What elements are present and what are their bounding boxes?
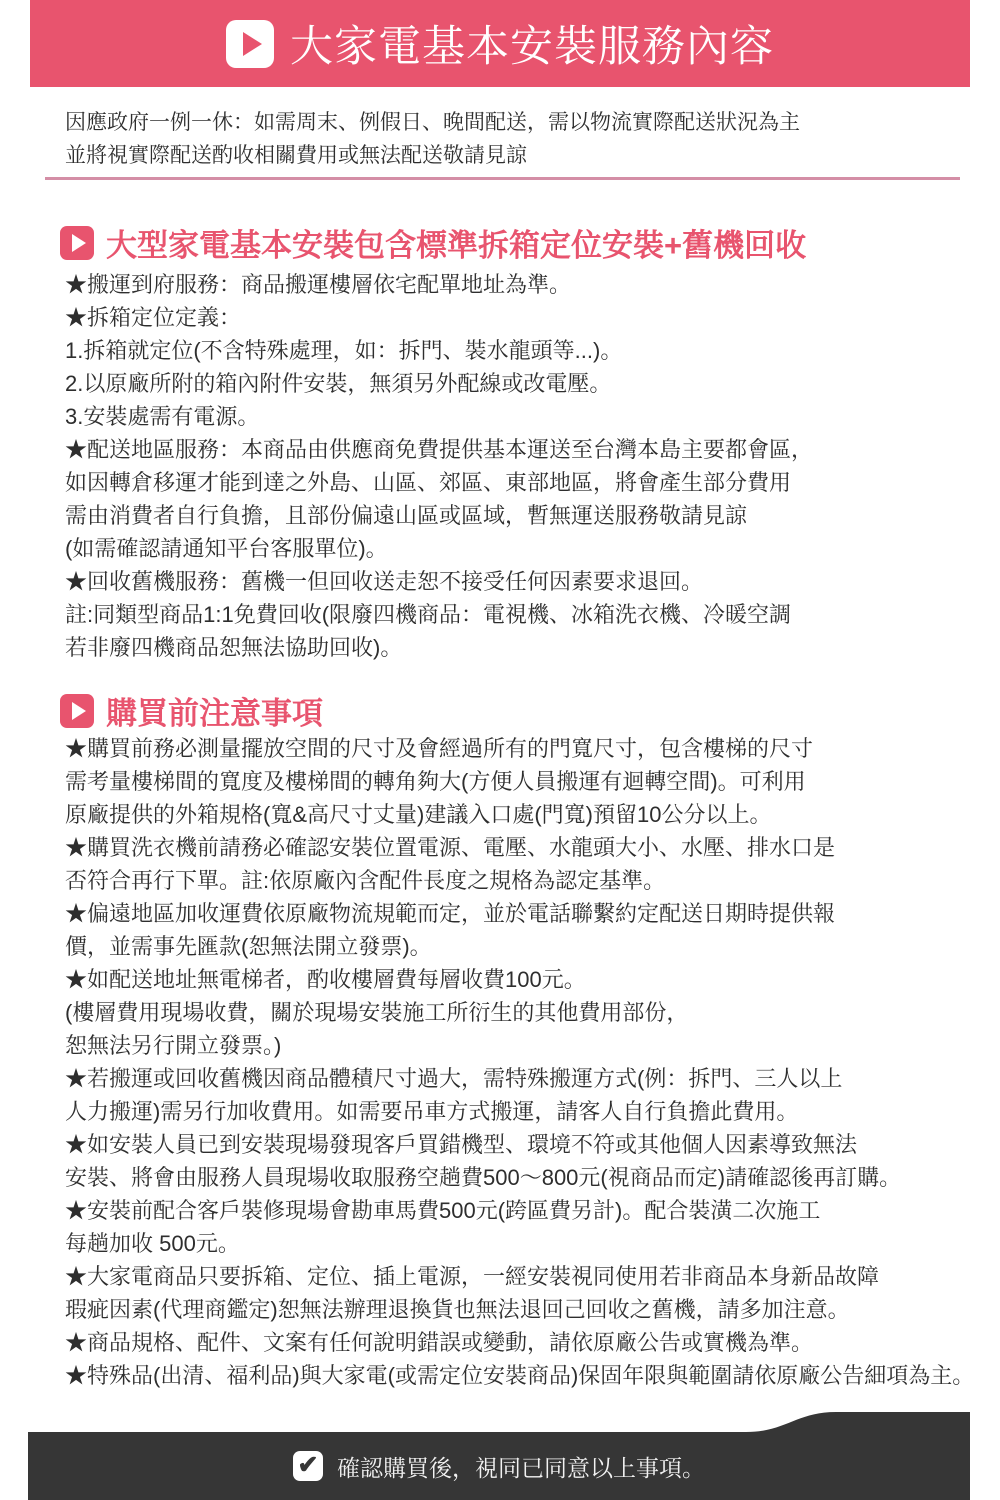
checkmark-glyph: ✔ bbox=[298, 1450, 319, 1480]
title-banner: 大家電基本安裝服務內容 bbox=[30, 0, 970, 87]
body-line: ★配送地區服務：本商品由供應商免費提供基本運送至台灣本島主要都會區， bbox=[65, 433, 813, 466]
play-icon bbox=[60, 694, 94, 728]
body-line: ★搬運到府服務：商品搬運樓層依宅配單地址為準。 bbox=[65, 268, 813, 301]
body-line: 安裝、將會由服務人員現場收取服務空趟費500～800元(視商品而定)請確認後再訂… bbox=[65, 1161, 974, 1194]
body-line: 否符合再行下單。註:依原廠內含配件長度之規格為認定基準。 bbox=[65, 864, 974, 897]
intro-line: 並將視實際配送酌收相關費用或無法配送敬請見諒 bbox=[65, 139, 800, 172]
body-line: ★特殊品(出清、福利品)與大家電(或需定位安裝商品)保固年限與範圍請依原廠公告細… bbox=[65, 1359, 974, 1392]
body-line: ★購買前務必測量擺放空間的尺寸及會經過所有的門寬尺寸，包含樓梯的尺寸 bbox=[65, 732, 974, 765]
body-line: 3.安裝處需有電源。 bbox=[65, 400, 813, 433]
body-line: 需考量樓梯間的寬度及樓梯間的轉角夠大(方便人員搬運有迴轉空間)。可利用 bbox=[65, 765, 974, 798]
body-line: 每趟加收 500元。 bbox=[65, 1227, 974, 1260]
body-line: ★購買洗衣機前請務必確認安裝位置電源、電壓、水龍頭大小、水壓、排水口是 bbox=[65, 831, 974, 864]
body-line: ★如安裝人員已到安裝現場發現客戶買錯機型、環境不符或其他個人因素導致無法 bbox=[65, 1128, 974, 1161]
checkbox-checked-icon: ✔ bbox=[293, 1451, 323, 1481]
play-icon bbox=[226, 20, 274, 68]
footer-confirmation: ✔ 確認購買後，視同已同意以上事項。 bbox=[28, 1432, 970, 1500]
body-line: 1.拆箱就定位(不含特殊處理，如：拆門、裝水龍頭等...)。 bbox=[65, 334, 813, 367]
intro-paragraph: 因應政府一例一休：如需周末、例假日、晚間配送，需以物流實際配送狀況為主 並將視實… bbox=[65, 106, 800, 172]
body-line: ★偏遠地區加收運費依原廠物流規範而定，並於電話聯繫約定配送日期時提供報 bbox=[65, 897, 974, 930]
body-line: 瑕疵因素(代理商鑑定)恕無法辦理退換貨也無法退回己回收之舊機，請多加注意。 bbox=[65, 1293, 974, 1326]
body-line: ★拆箱定位定義： bbox=[65, 301, 813, 334]
section-heading-basic-install: 大型家電基本安裝包含標準拆箱定位安裝+舊機回收 bbox=[60, 220, 806, 265]
section-heading-pre-purchase-notes: 購買前注意事項 bbox=[60, 688, 323, 733]
body-line: ★安裝前配合客戶裝修現場會勘車馬費500元(跨區費另計)。配合裝潢二次施工 bbox=[65, 1194, 974, 1227]
section-body-pre-purchase-notes: ★購買前務必測量擺放空間的尺寸及會經過所有的門寬尺寸，包含樓梯的尺寸 需考量樓梯… bbox=[65, 732, 974, 1392]
body-line: 價，並需事先匯款(恕無法開立發票)。 bbox=[65, 930, 974, 963]
footer-bar: ✔ 確認購買後，視同已同意以上事項。 bbox=[28, 1412, 970, 1500]
section-body-basic-install: ★搬運到府服務：商品搬運樓層依宅配單地址為準。 ★拆箱定位定義： 1.拆箱就定位… bbox=[65, 268, 813, 664]
body-line: 原廠提供的外箱規格(寬&高尺寸丈量)建議入口處(門寬)預留10公分以上。 bbox=[65, 798, 974, 831]
section-title: 大型家電基本安裝包含標準拆箱定位安裝+舊機回收 bbox=[106, 220, 806, 265]
body-line: 恕無法另行開立發票。) bbox=[65, 1029, 974, 1062]
intro-line: 因應政府一例一休：如需周末、例假日、晚間配送，需以物流實際配送狀況為主 bbox=[65, 106, 800, 139]
body-line: ★回收舊機服務：舊機一但回收送走恕不接受任何因素要求退回。 bbox=[65, 565, 813, 598]
body-line: ★如配送地址無電梯者，酌收樓層費每層收費100元。 bbox=[65, 963, 974, 996]
body-line: ★若搬運或回收舊機因商品體積尺寸過大，需特殊搬運方式(例：拆門、三人以上 bbox=[65, 1062, 974, 1095]
body-line: ★大家電商品只要拆箱、定位、插上電源，一經安裝視同使用若非商品本身新品故障 bbox=[65, 1260, 974, 1293]
body-line: ★商品規格、配件、文案有任何說明錯誤或變動，請依原廠公告或實機為準。 bbox=[65, 1326, 974, 1359]
body-line: 若非廢四機商品恕無法協助回收)。 bbox=[65, 631, 813, 664]
body-line: 註:同類型商品1:1免費回收(限廢四機商品：電視機、冰箱洗衣機、冷暖空調 bbox=[65, 598, 813, 631]
body-line: 需由消費者自行負擔，且部份偏遠山區或區域，暫無運送服務敬請見諒 bbox=[65, 499, 813, 532]
page: 大家電基本安裝服務內容 因應政府一例一休：如需周末、例假日、晚間配送，需以物流實… bbox=[0, 0, 1000, 1500]
body-line: 如因轉倉移運才能到達之外島、山區、郊區、東部地區，將會產生部分費用 bbox=[65, 466, 813, 499]
footer-text: 確認購買後，視同已同意以上事項。 bbox=[337, 1450, 705, 1483]
divider-line bbox=[45, 177, 960, 180]
body-line: 2.以原廠所附的箱內附件安裝，無須另外配線或改電壓。 bbox=[65, 367, 813, 400]
body-line: (如需確認請通知平台客服單位)。 bbox=[65, 532, 813, 565]
section-title: 購買前注意事項 bbox=[106, 688, 323, 733]
body-line: (樓層費用現場收費，關於現場安裝施工所衍生的其他費用部份， bbox=[65, 996, 974, 1029]
page-title: 大家電基本安裝服務內容 bbox=[290, 13, 774, 74]
body-line: 人力搬運)需另行加收費用。如需要吊車方式搬運，請客人自行負擔此費用。 bbox=[65, 1095, 974, 1128]
play-icon bbox=[60, 226, 94, 260]
